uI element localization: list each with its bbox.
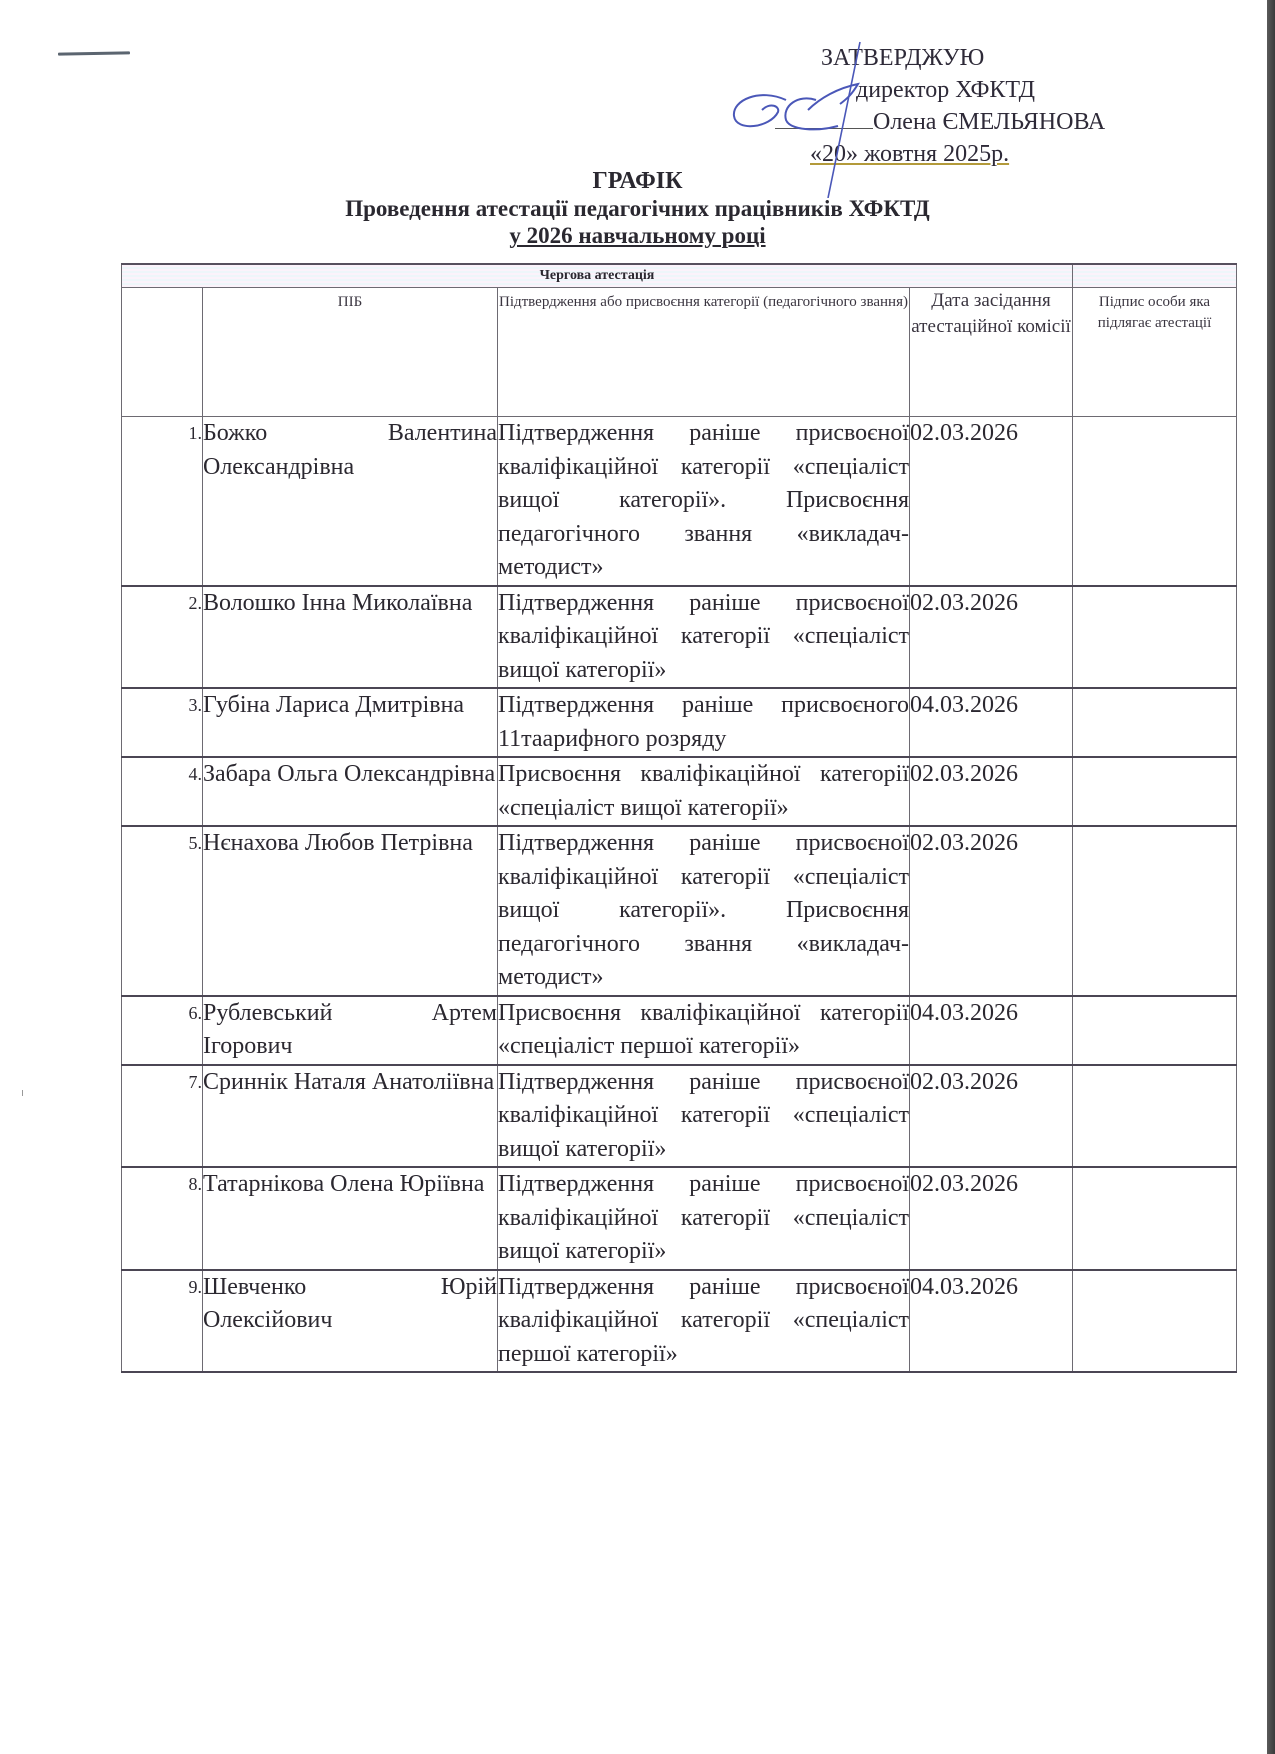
row-category: Підтвердження раніше присвоєної кваліфік…	[498, 417, 910, 586]
scan-edge-band	[1267, 0, 1275, 1754]
row-full-name: Губіна Лариса Дмитрівна	[203, 688, 498, 757]
group-header-empty	[1073, 264, 1237, 288]
column-header-row: ПІБ Підтвердження або присвоєння категор…	[122, 288, 1237, 417]
row-commission-date: 02.03.2026	[910, 586, 1073, 689]
row-number: 6.	[122, 996, 203, 1065]
approver-name: Олена ЄМЕЛЬЯНОВА	[873, 109, 1105, 135]
row-number: 9.	[122, 1270, 203, 1373]
document-title: ГРАФІК Проведення атестації педагогічних…	[0, 168, 1275, 249]
row-number: 2.	[122, 586, 203, 689]
row-full-name: Рублевський Артем Ігорович	[203, 996, 498, 1065]
row-number: 3.	[122, 688, 203, 757]
row-commission-date: 04.03.2026	[910, 688, 1073, 757]
approver-position: директор ХФКТД	[620, 74, 1140, 106]
table-row: 1.Божко Валентина ОлександрівнаПідтвердж…	[122, 417, 1237, 586]
row-signature-cell	[1073, 586, 1237, 689]
row-category: Підтвердження раніше присвоєної кваліфік…	[498, 1167, 910, 1270]
table-row: 6.Рублевський Артем ІгоровичПрисвоєння к…	[122, 996, 1237, 1065]
row-commission-date: 02.03.2026	[910, 417, 1073, 586]
row-full-name: Волошко Інна Миколаївна	[203, 586, 498, 689]
row-commission-date: 02.03.2026	[910, 1167, 1073, 1270]
column-header-signature: Підпис особи яка підлягає атестації	[1073, 288, 1237, 417]
title-year: у 2026 навчальному році	[0, 222, 1275, 249]
row-signature-cell	[1073, 996, 1237, 1065]
row-number: 1.	[122, 417, 203, 586]
row-signature-cell	[1073, 826, 1237, 996]
column-header-category: Підтвердження або присвоєння категорії (…	[498, 288, 910, 417]
row-category: Підтвердження раніше присвоєної кваліфік…	[498, 826, 910, 996]
approval-block: ЗАТВЕРДЖУЮ директор ХФКТД Олена ЄМЕЛЬЯНО…	[620, 42, 1140, 170]
row-number: 4.	[122, 757, 203, 826]
row-commission-date: 04.03.2026	[910, 1270, 1073, 1373]
row-signature-cell	[1073, 417, 1237, 586]
approval-date: «20» жовтня 2025р.	[620, 138, 1140, 170]
approver-name-line: Олена ЄМЕЛЬЯНОВА	[620, 106, 1140, 138]
row-category: Підтвердження раніше присвоєної кваліфік…	[498, 586, 910, 689]
row-number: 5.	[122, 826, 203, 996]
row-signature-cell	[1073, 1270, 1237, 1373]
row-full-name: Татарнікова Олена Юріївна	[203, 1167, 498, 1270]
row-number: 7.	[122, 1065, 203, 1168]
approve-word: ЗАТВЕРДЖУЮ	[620, 42, 1140, 74]
row-category: Присвоєння кваліфікаційної категорії «сп…	[498, 757, 910, 826]
row-number: 8.	[122, 1167, 203, 1270]
table-row: 3.Губіна Лариса ДмитрівнаПідтвердження р…	[122, 688, 1237, 757]
attestation-schedule-table: Чергова атестація ПІБ Підтвердження або …	[121, 263, 1237, 1373]
table-row: 4.Забара Ольга ОлександрівнаПрисвоєння к…	[122, 757, 1237, 826]
scan-speck	[22, 1090, 23, 1096]
group-header-row: Чергова атестація	[122, 264, 1237, 288]
title-subject: Проведення атестації педагогічних праців…	[0, 195, 1275, 222]
row-signature-cell	[1073, 1065, 1237, 1168]
row-category: Присвоєння кваліфікаційної категорії «сп…	[498, 996, 910, 1065]
column-header-name: ПІБ	[203, 288, 498, 417]
row-full-name: Нєнахова Любов Петрівна	[203, 826, 498, 996]
row-commission-date: 02.03.2026	[910, 1065, 1073, 1168]
row-full-name: Забара Ольга Олександрівна	[203, 757, 498, 826]
scan-mark	[58, 51, 130, 55]
row-signature-cell	[1073, 688, 1237, 757]
row-commission-date: 02.03.2026	[910, 826, 1073, 996]
group-header-regular-attestation: Чергова атестація	[122, 264, 1073, 288]
title-schedule: ГРАФІК	[0, 168, 1275, 195]
row-full-name: Шевченко Юрій Олексійович	[203, 1270, 498, 1373]
row-signature-cell	[1073, 1167, 1237, 1270]
row-category: Підтвердження раніше присвоєної кваліфік…	[498, 1270, 910, 1373]
signature-blank	[775, 106, 873, 129]
row-full-name: Божко Валентина Олександрівна	[203, 417, 498, 586]
table-row: 8.Татарнікова Олена ЮріївнаПідтвердження…	[122, 1167, 1237, 1270]
column-header-num	[122, 288, 203, 417]
row-full-name: Сриннік Наталя Анатоліївна	[203, 1065, 498, 1168]
table-row: 9.Шевченко Юрій ОлексійовичПідтвердження…	[122, 1270, 1237, 1373]
column-header-date: Дата засідання атестаційної комісії	[910, 288, 1073, 417]
table-row: 7.Сриннік Наталя АнатоліївнаПідтвердженн…	[122, 1065, 1237, 1168]
row-signature-cell	[1073, 757, 1237, 826]
row-commission-date: 04.03.2026	[910, 996, 1073, 1065]
row-category: Підтвердження раніше присвоєного 11таари…	[498, 688, 910, 757]
row-category: Підтвердження раніше присвоєної кваліфік…	[498, 1065, 910, 1168]
row-commission-date: 02.03.2026	[910, 757, 1073, 826]
table-row: 2.Волошко Інна МиколаївнаПідтвердження р…	[122, 586, 1237, 689]
table-row: 5.Нєнахова Любов ПетрівнаПідтвердження р…	[122, 826, 1237, 996]
